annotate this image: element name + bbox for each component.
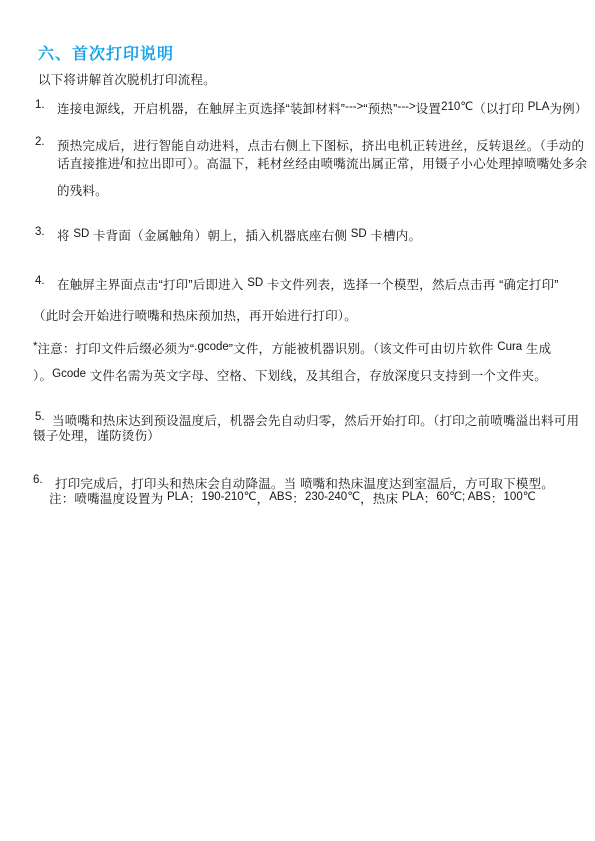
latin-text: Cura bbox=[497, 341, 522, 353]
step-3-number: 3. bbox=[35, 226, 45, 239]
step-2-line-3: 的残料。 bbox=[57, 184, 108, 199]
latin-text: 210℃ bbox=[441, 101, 473, 113]
step-6-number: 6. bbox=[33, 474, 43, 487]
manual-page: 六、首次打印说明 以下将讲解首次脱机打印流程。 1. 连接电源线，开启机器，在触… bbox=[0, 0, 595, 841]
latin-text: ---> bbox=[398, 101, 416, 113]
latin-text: PLA bbox=[167, 491, 189, 503]
section-heading: 六、首次打印说明 bbox=[38, 41, 174, 64]
step-4-line-2: （此时会开始进行喷嘴和热床预加热，再开始进行打印）。 bbox=[33, 309, 357, 324]
latin-text: SD bbox=[351, 228, 367, 240]
step-3-line-1: 将 SD 卡背面（金属触角）朝上，插入机器底座右侧 SD 卡槽内。 bbox=[57, 229, 421, 245]
latin-text: 190-210℃ bbox=[201, 491, 256, 503]
latin-text: / bbox=[121, 156, 124, 168]
latin-text: SD bbox=[247, 277, 263, 289]
step-4-line-1: 在触屏主界面点击“打印”后即进入 SD 卡文件列表，选择一个模型，然后点击再 “… bbox=[57, 278, 559, 294]
step-6-line-2: 注：喷嘴温度设置为 PLA：190-210℃，ABS：230-240℃，热床 P… bbox=[49, 492, 536, 508]
step-2-line-1: 预热完成后，进行智能自动进料，点击右侧上下图标，挤出电机正转进丝，反转退丝。（手… bbox=[57, 139, 584, 154]
step-5-line-1: 当喷嘴和热床达到预设温度后，机器会先自动归零，然后开始打印。（打印之前喷嘴溢出料… bbox=[52, 414, 579, 429]
step-5-number: 5. bbox=[35, 411, 45, 424]
latin-text: 60℃; ABS bbox=[436, 491, 490, 503]
intro-text: 以下将讲解首次脱机打印流程。 bbox=[38, 73, 216, 88]
step-6-line-1: 打印完成后，打印头和热床会自动降温。当 喷嘴和热床温度达到室温后，方可取下模型。 bbox=[55, 477, 554, 492]
latin-text: ABS bbox=[269, 491, 292, 503]
latin-text: 100℃ bbox=[504, 491, 536, 503]
step-1-number: 1. bbox=[35, 99, 45, 112]
note-line-1: *注意：打印文件后缀必须为“.gcode”文件，方能被机器识别。（该文件可由切片… bbox=[33, 342, 551, 358]
latin-text: PLA bbox=[402, 491, 424, 503]
latin-text: SD bbox=[73, 228, 89, 240]
latin-text: 230-240℃ bbox=[305, 491, 360, 503]
step-2-line-2: 话直接推进/和拉出即可）。高温下，耗材丝经由喷嘴流出属正常，用镊子小心处理掉喷嘴… bbox=[57, 157, 587, 173]
step-2-number: 2. bbox=[35, 136, 45, 149]
note-line-2: ）。Gcode 文件名需为英文字母、空格、下划线，及其组合，存放深度只支持到一个… bbox=[33, 369, 547, 385]
step-1-line-1: 连接电源线，开启机器，在触屏主页选择“装卸材料”--->“预热”--->设置21… bbox=[57, 102, 588, 118]
latin-text: * bbox=[33, 341, 37, 353]
latin-text: .gcode bbox=[194, 341, 229, 353]
step-4-number: 4. bbox=[35, 275, 45, 288]
step-5-line-2: 镊子处理，谨防烫伤） bbox=[33, 429, 160, 444]
latin-text: Gcode bbox=[52, 368, 86, 380]
latin-text: PLA bbox=[528, 101, 550, 113]
latin-text: ---> bbox=[345, 101, 363, 113]
